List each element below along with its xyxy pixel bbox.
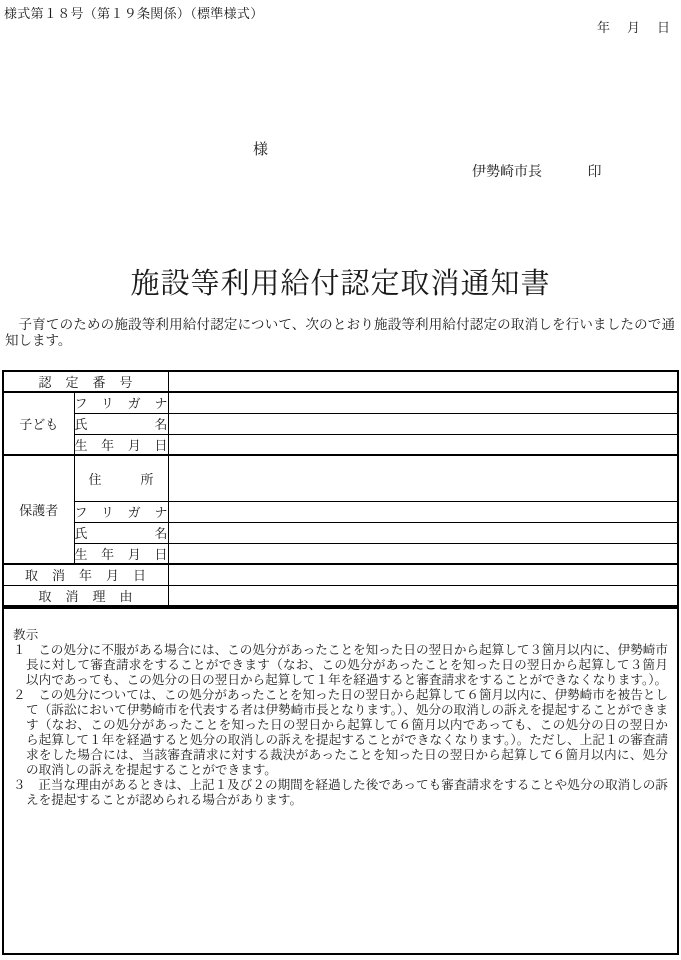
- document-title: 施設等利用給付認定取消通知書: [0, 261, 681, 302]
- guardian-name-value: [168, 522, 678, 543]
- child-name-label: 氏名: [74, 413, 168, 434]
- child-furigana-value: [168, 392, 678, 413]
- form-number: 様式第１８号（第１９条関係）（標準様式）: [4, 3, 264, 22]
- guardian-name-label: 氏名: [74, 522, 168, 543]
- guardian-birthdate-value: [168, 543, 678, 564]
- guardian-birthdate-label: 生年月日: [74, 543, 168, 564]
- advice-item-2: ２ この処分については、この処分があったことを知った日の翌日から起算して６箇月以…: [13, 688, 668, 778]
- accreditation-number-row: 認 定 番 号: [3, 371, 678, 392]
- child-name-value: [168, 413, 678, 434]
- date-line: 年 月 日: [597, 17, 672, 36]
- addressee-honorific: 様: [253, 138, 268, 159]
- child-group-label: 子ども: [3, 392, 74, 455]
- advice-item-1: １ この処分に不服がある場合には、この処分があったことを知った日の翌日から起算し…: [13, 643, 668, 688]
- advice-box: 教示 １ この処分に不服がある場合には、この処分があったことを知った日の翌日から…: [2, 607, 679, 955]
- guardian-group-label: 保護者: [3, 455, 74, 564]
- advice-item-3: ３ 正当な理由があるときは、上記１及び２の期間を経過した後であっても審査請求をす…: [13, 778, 668, 808]
- advice-heading: 教示: [13, 628, 668, 643]
- cancellation-reason-row: 取 消 理 由: [3, 585, 678, 606]
- document-page: 様式第１８号（第１９条関係）（標準様式） 年 月 日 様 伊勢崎市長 印 施設等…: [0, 0, 681, 960]
- child-furigana-row: 子ども フリガナ: [3, 392, 678, 413]
- cancellation-reason-value: [168, 585, 678, 606]
- guardian-address-label: 住所: [74, 455, 168, 501]
- guardian-birthdate-row: 生年月日: [3, 543, 678, 564]
- issuer-line: 伊勢崎市長 印: [472, 161, 602, 181]
- guardian-furigana-value: [168, 501, 678, 522]
- certification-table: 認 定 番 号 子ども フリガナ 氏名 生年月日 保護者 住所: [2, 370, 679, 607]
- guardian-address-value: [168, 455, 678, 501]
- child-birthdate-label: 生年月日: [74, 434, 168, 455]
- issuer-name: 伊勢崎市長: [472, 165, 542, 180]
- cancellation-date-label: 取 消 年 月 日: [3, 564, 168, 585]
- child-furigana-label: フリガナ: [74, 392, 168, 413]
- accreditation-number-label: 認 定 番 号: [3, 371, 168, 392]
- child-birthdate-row: 生年月日: [3, 434, 678, 455]
- guardian-furigana-label: フリガナ: [74, 501, 168, 522]
- guardian-address-row: 保護者 住所: [3, 455, 678, 501]
- intro-paragraph: 子育てのための施設等利用給付認定について、次のとおり施設等利用給付認定の取消しを…: [5, 317, 675, 349]
- guardian-furigana-row: フリガナ: [3, 501, 678, 522]
- cancellation-date-value: [168, 564, 678, 585]
- cancellation-reason-label: 取 消 理 由: [3, 585, 168, 606]
- cancellation-date-row: 取 消 年 月 日: [3, 564, 678, 585]
- child-birthdate-value: [168, 434, 678, 455]
- accreditation-number-value: [168, 371, 678, 392]
- guardian-name-row: 氏名: [3, 522, 678, 543]
- seal-mark: 印: [588, 165, 602, 180]
- child-name-row: 氏名: [3, 413, 678, 434]
